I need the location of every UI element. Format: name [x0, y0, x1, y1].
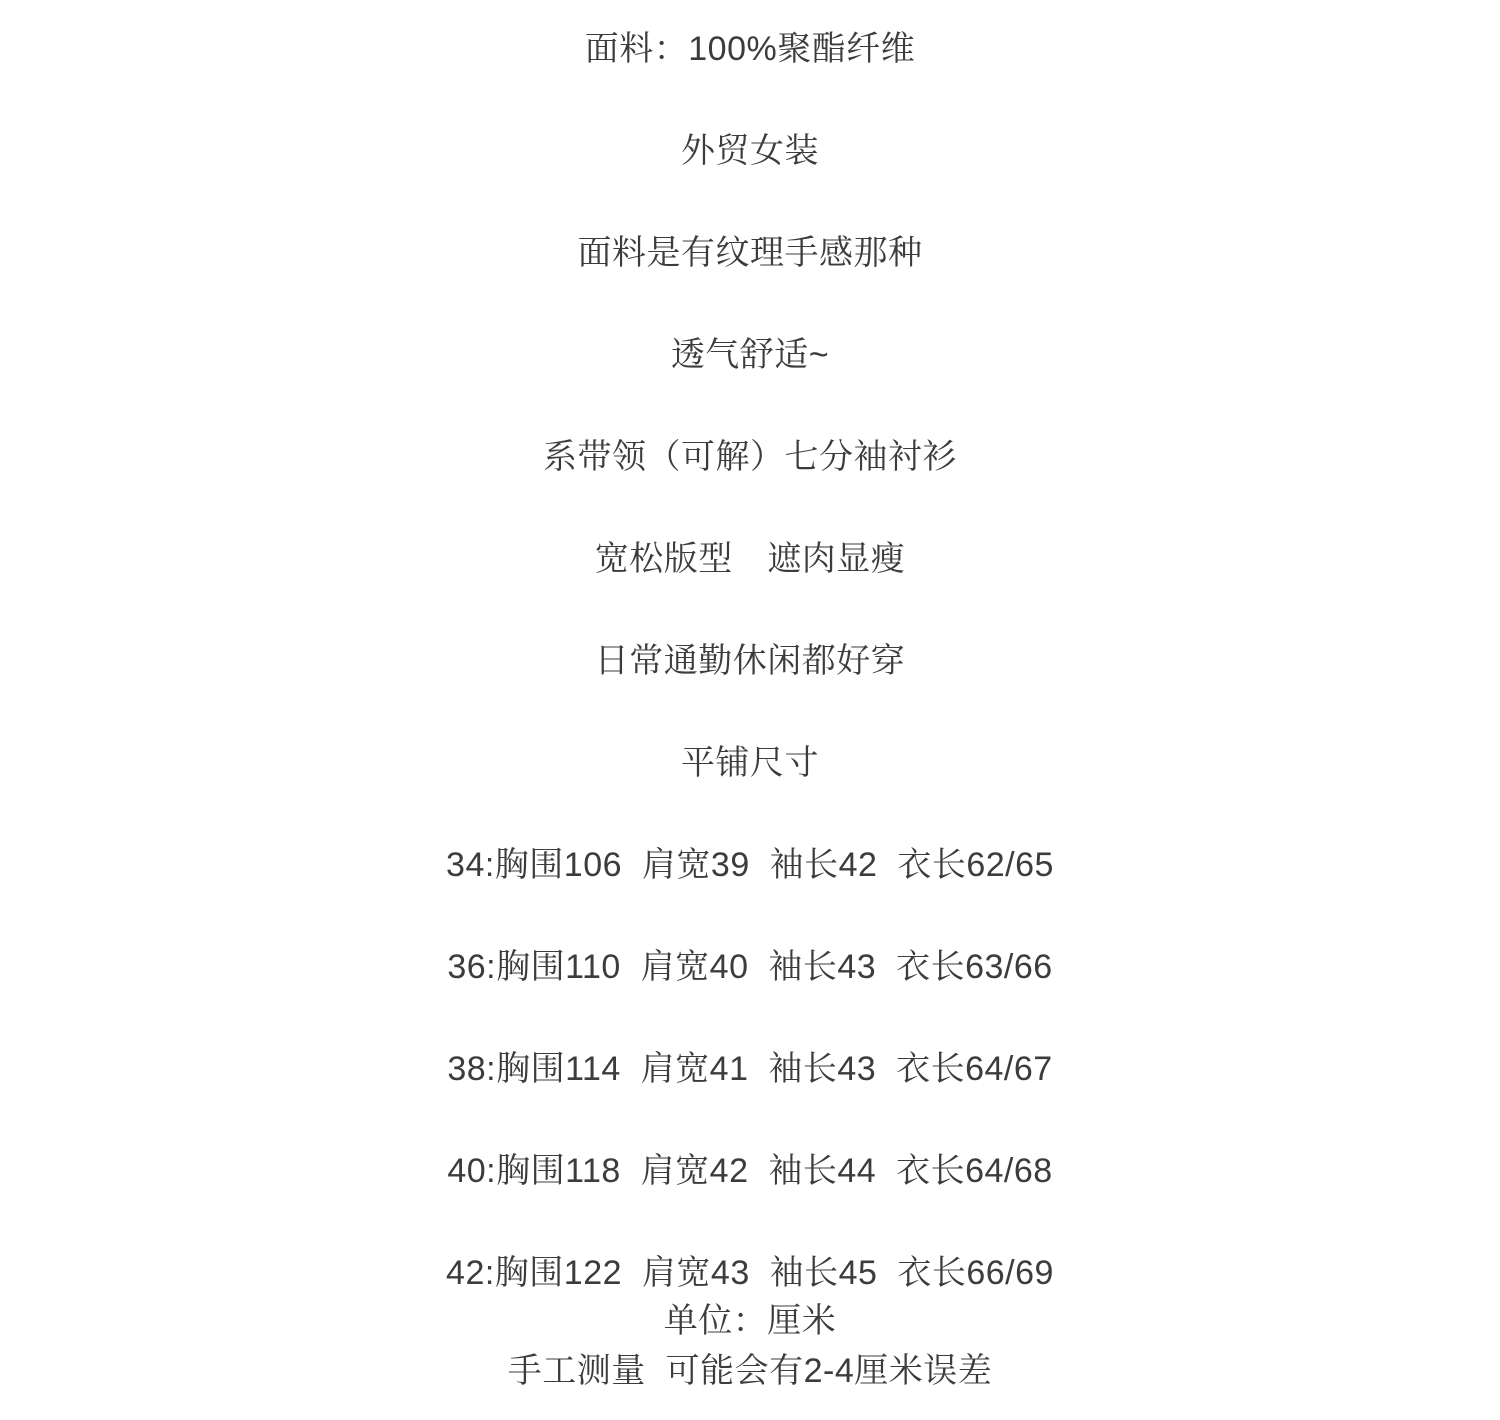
comfort-line: 透气舒适~: [0, 335, 1500, 376]
fit-line: 宽松版型 遮肉显瘦: [0, 539, 1500, 580]
size-row-34: 34:胸围106 肩宽39 袖长42 衣长62/65: [0, 845, 1500, 886]
fabric-line: 面料：100%聚酯纤维: [0, 29, 1500, 70]
usage-line: 日常通勤休闲都好穿: [0, 641, 1500, 682]
texture-line: 面料是有纹理手感那种: [0, 233, 1500, 274]
size-row-42: 42:胸围122 肩宽43 袖长45 衣长66/69: [0, 1253, 1500, 1294]
measurement-note: 手工测量 可能会有2-4厘米误差: [0, 1351, 1500, 1392]
product-description: 面料：100%聚酯纤维 外贸女装 面料是有纹理手感那种 透气舒适~ 系带领（可解…: [0, 0, 1500, 1392]
unit-note: 单位：厘米: [0, 1301, 1500, 1342]
size-chart-title: 平铺尺寸: [0, 743, 1500, 784]
style-line: 系带领（可解）七分袖衬衫: [0, 437, 1500, 478]
size-row-38: 38:胸围114 肩宽41 袖长43 衣长64/67: [0, 1049, 1500, 1090]
category-line: 外贸女装: [0, 131, 1500, 172]
size-row-36: 36:胸围110 肩宽40 袖长43 衣长63/66: [0, 947, 1500, 988]
size-row-40: 40:胸围118 肩宽42 袖长44 衣长64/68: [0, 1151, 1500, 1192]
